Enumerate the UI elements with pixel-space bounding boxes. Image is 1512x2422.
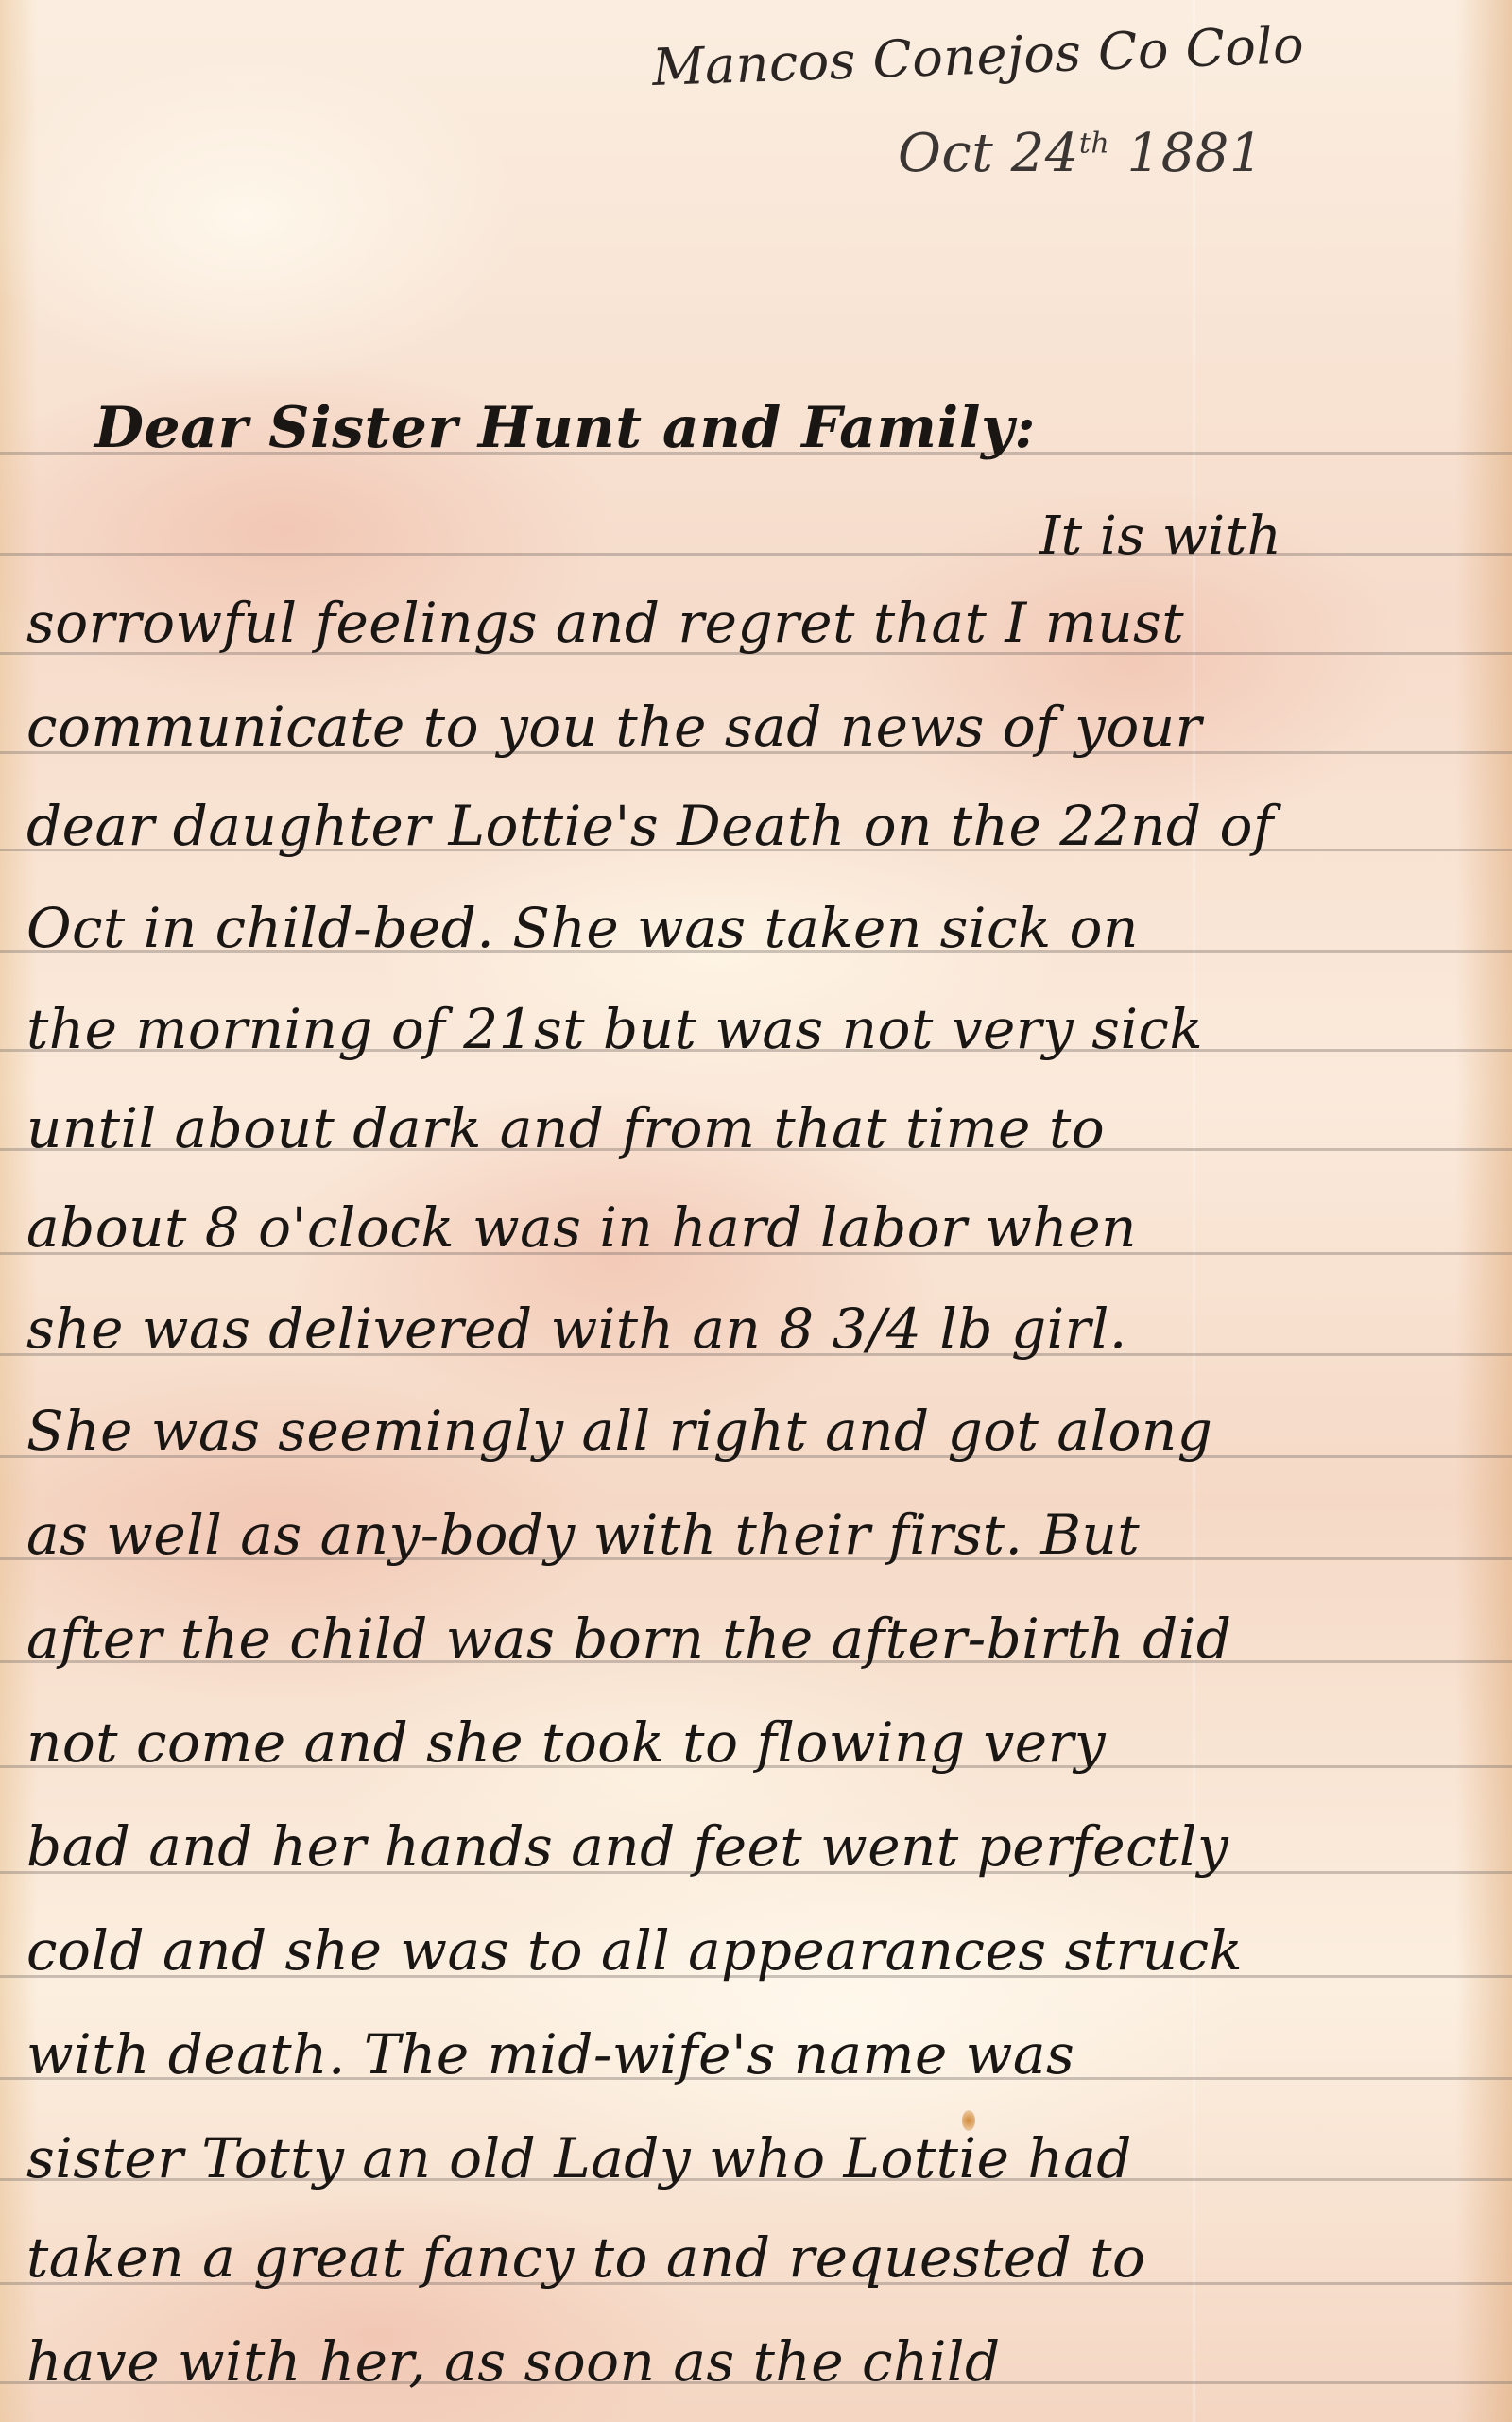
body-line: have with her, as soon as the child	[26, 2329, 1001, 2394]
body-line: as well as any-body with their first. Bu…	[26, 1503, 1140, 1567]
body-line: dear daughter Lottie's Death on the 22nd…	[26, 794, 1274, 858]
body-line: about 8 o'clock was in hard labor when	[26, 1195, 1137, 1260]
opening-phrase: It is with	[1039, 506, 1281, 567]
paper-stain	[962, 2110, 975, 2131]
body-line: communicate to you the sad news of your	[26, 695, 1202, 759]
body-line: not come and she took to flowing very	[26, 1710, 1106, 1775]
body-line: she was delivered with an 8 3/4 lb girl.	[26, 1297, 1127, 1361]
body-line: until about dark and from that time to	[26, 1096, 1105, 1160]
body-line: bad and her hands and feet went perfectl…	[26, 1814, 1228, 1879]
letter-page: Mancos Conejos Co Colo Oct 24th 1881 Dea…	[0, 0, 1512, 2422]
letter-date: Oct 24th 1881	[898, 123, 1263, 184]
body-line: sorrowful feelings and regret that I mus…	[26, 591, 1184, 655]
salutation: Dear Sister Hunt and Family:	[94, 395, 1036, 461]
body-line: cold and she was to all appearances stru…	[26, 1918, 1243, 1983]
body-line: Oct in child-bed. She was taken sick on	[26, 896, 1139, 960]
body-line: the morning of 21st but was not very sic…	[26, 997, 1203, 1061]
body-line: taken a great fancy to and requested to	[26, 2225, 1145, 2290]
body-line: She was seemingly all right and got alon…	[26, 1399, 1212, 1463]
letter-date-year: 1881	[1127, 123, 1264, 184]
ruled-line	[0, 553, 1512, 556]
paper-fold-line	[1193, 0, 1195, 2422]
body-line: with death. The mid-wife's name was	[26, 2022, 1074, 2087]
body-line: sister Totty an old Lady who Lottie had	[26, 2126, 1132, 2190]
body-line: after the child was born the after-birth…	[26, 1606, 1232, 1671]
letter-place: Mancos Conejos Co Colo	[651, 15, 1305, 97]
letter-date-suffix: th	[1079, 127, 1109, 160]
letter-date-day: Oct 24	[898, 123, 1079, 184]
